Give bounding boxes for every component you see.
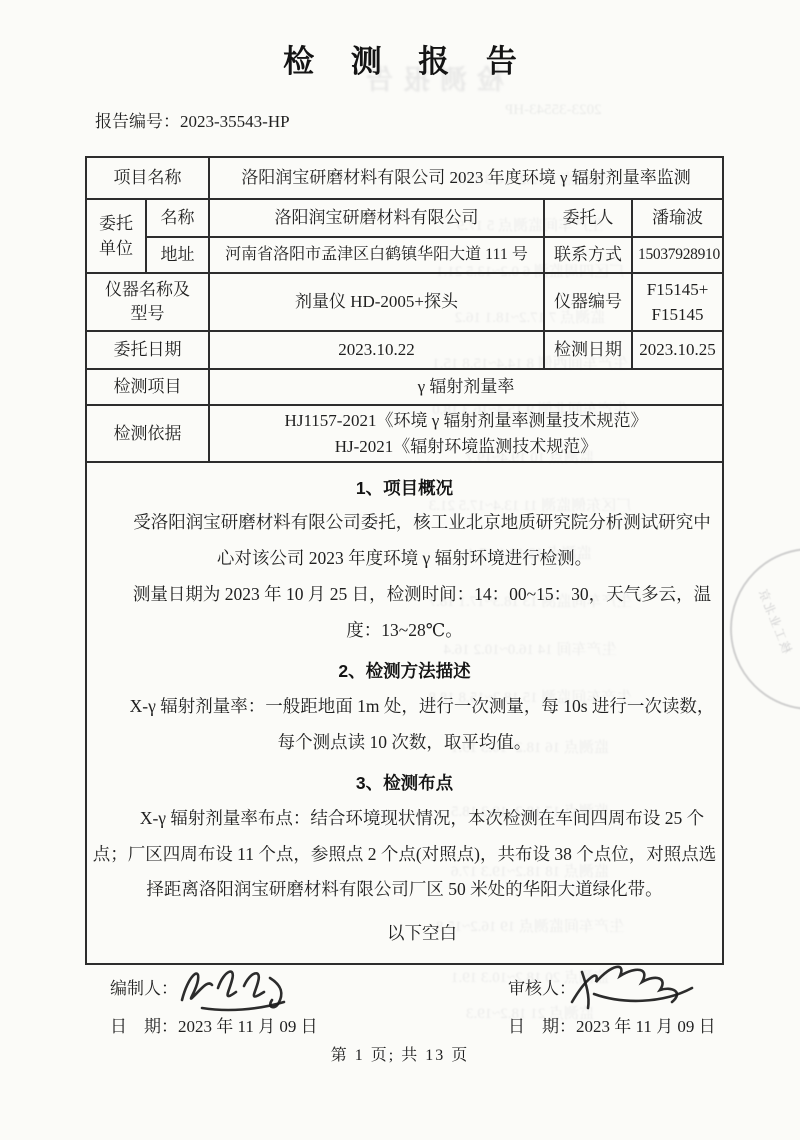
section-3-paragraph-1: X-γ 辐射剂量率布点：结合环境现状情况，本次检测在车间四周布设 25 个点；厂… <box>92 801 717 909</box>
report-body-cell: 1、项目概况 受洛阳润宝研磨材料有限公司委托，核工业北京地质研究院分析测试研究中… <box>86 462 723 964</box>
table-row: 委托日期 2023.10.22 检测日期 2023.10.25 <box>86 331 723 369</box>
preparer-label: 编制人： <box>110 979 178 998</box>
report-info-table: 项目名称 洛阳润宝研磨材料有限公司 2023 年度环境 γ 辐射剂量率监测 委托… <box>85 156 724 965</box>
table-row: 委托单位 名称 洛阳润宝研磨材料有限公司 委托人 潘瑜波 <box>86 199 723 237</box>
instrument-no-value: F15145+ F15145 <box>632 273 723 331</box>
instrument-no-label: 仪器编号 <box>544 273 632 331</box>
preparer-date-value: 2023 年 11 月 09 日 <box>178 1017 318 1036</box>
section-1-paragraph-1: 受洛阳润宝研磨材料有限公司委托，核工业北京地质研究院分析测试研究中心对该公司 2… <box>92 505 717 577</box>
reviewer-date-value: 2023 年 11 月 09 日 <box>576 1017 716 1036</box>
project-name-value: 洛阳润宝研磨材料有限公司 2023 年度环境 γ 辐射剂量率监测 <box>209 157 723 199</box>
commission-date-value: 2023.10.22 <box>209 331 544 369</box>
test-date-value: 2023.10.25 <box>632 331 723 369</box>
project-name-label: 项目名称 <box>86 157 209 199</box>
table-row: 检测依据 HJ1157-2021《环境 γ 辐射剂量率测量技术规范》 HJ-20… <box>86 405 723 462</box>
commission-date-label: 委托日期 <box>86 331 209 369</box>
blank-below-note: 以下空白 <box>92 916 717 951</box>
test-item-value: γ 辐射剂量率 <box>209 369 723 405</box>
section-2-paragraph-1: X-γ 辐射剂量率：一般距地面 1m 处，进行一次测量，每 10s 进行一次读数… <box>92 689 717 761</box>
report-number-value: 2023-35543-HP <box>180 112 290 131</box>
client-name-value: 洛阳润宝研磨材料有限公司 <box>209 199 544 237</box>
table-row: 检测项目 γ 辐射剂量率 <box>86 369 723 405</box>
principal-value: 潘瑜波 <box>632 199 723 237</box>
client-name-label: 名称 <box>146 199 209 237</box>
client-group-label: 委托单位 <box>86 199 146 273</box>
section-1-paragraph-2: 测量日期为 2023 年 10 月 25 日，检测时间：14：00~15：30，… <box>92 577 717 649</box>
ghost-stamp-text: 核工业北京 <box>754 585 796 656</box>
basis-value: HJ1157-2021《环境 γ 辐射剂量率测量技术规范》 HJ-2021《辐射… <box>209 405 723 462</box>
page-title: 检 测 报 告 <box>0 0 800 81</box>
table-row: 仪器名称及型号 剂量仪 HD-2005+探头 仪器编号 F15145+ F151… <box>86 273 723 331</box>
address-label: 地址 <box>146 237 209 273</box>
section-2-title: 2、检测方法描述 <box>92 658 717 684</box>
section-1-title: 1、项目概况 <box>92 475 717 501</box>
report-number-line: 报告编号：2023-35543-HP <box>95 107 800 132</box>
contact-value: 15037928910 <box>632 237 723 273</box>
ghost-stamp-circle: 核工业北京 <box>730 548 800 710</box>
reviewer-signature <box>566 958 706 1016</box>
basis-label: 检测依据 <box>86 405 209 462</box>
table-row: 1、项目概况 受洛阳润宝研磨材料有限公司委托，核工业北京地质研究院分析测试研究中… <box>86 462 723 964</box>
section-3-title: 3、检测布点 <box>92 770 717 796</box>
contact-label: 联系方式 <box>544 237 632 273</box>
reviewer-block: 审核人： 日 期：2023 年 11 月 09 日 <box>508 974 716 1037</box>
report-number-label: 报告编号： <box>95 112 180 131</box>
instrument-label: 仪器名称及型号 <box>86 273 209 331</box>
reviewer-date-label: 日 期： <box>508 1017 576 1036</box>
principal-label: 委托人 <box>544 199 632 237</box>
table-row: 地址 河南省洛阳市孟津区白鹤镇华阳大道 111 号 联系方式 150379289… <box>86 237 723 273</box>
test-item-label: 检测项目 <box>86 369 209 405</box>
table-row: 项目名称 洛阳润宝研磨材料有限公司 2023 年度环境 γ 辐射剂量率监测 <box>86 157 723 199</box>
address-value: 河南省洛阳市孟津区白鹤镇华阳大道 111 号 <box>209 237 544 273</box>
report-page: 检测报告 2023-35543-HP 监测点 4 15.2~16.3 15.8 … <box>0 0 800 1140</box>
page-footer: 第 1 页; 共 13 页 <box>0 1042 800 1065</box>
test-date-label: 检测日期 <box>544 331 632 369</box>
preparer-block: 编制人： 日 期：2023 年 11 月 09 日 <box>110 974 318 1037</box>
preparer-date-label: 日 期： <box>110 1017 178 1036</box>
preparer-signature <box>172 958 307 1016</box>
instrument-value: 剂量仪 HD-2005+探头 <box>209 273 544 331</box>
